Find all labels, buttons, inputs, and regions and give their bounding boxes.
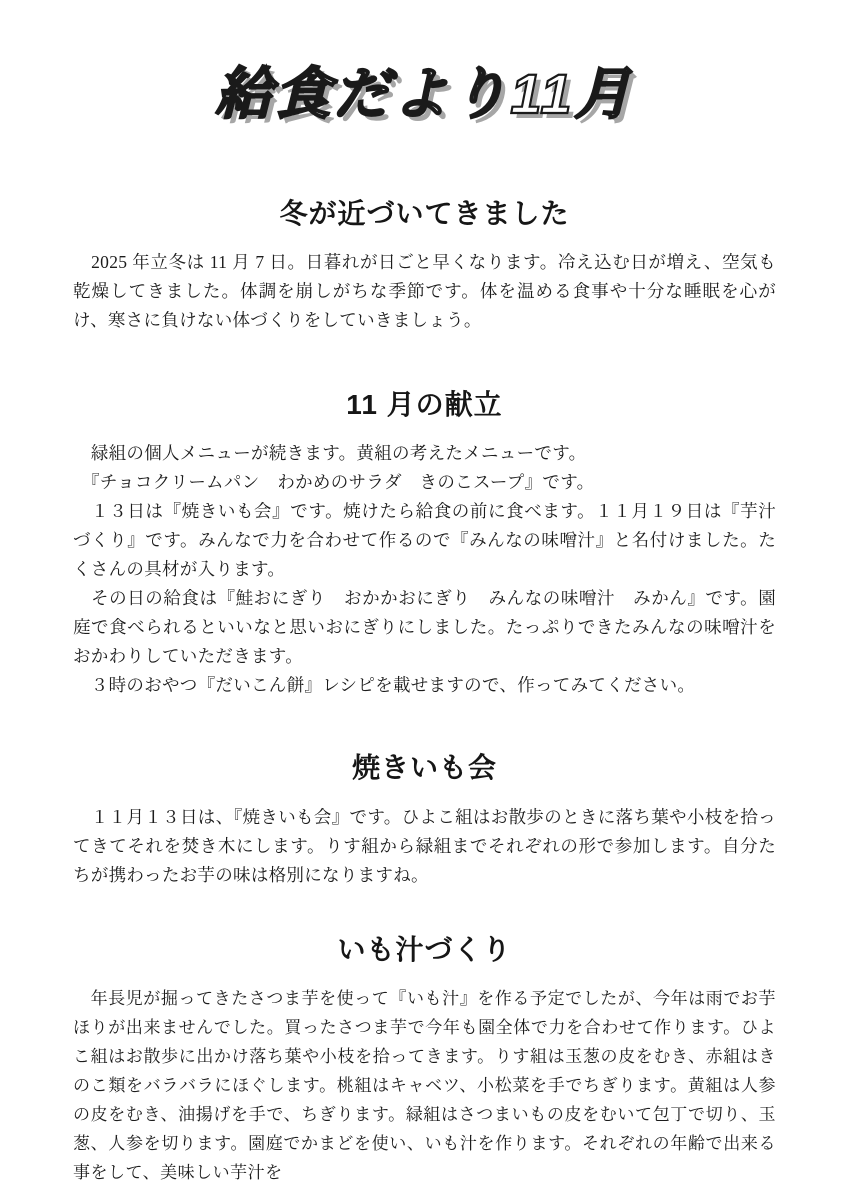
section-body-menu: 緑組の個人メニューが続きます。黄組の考えたメニューです。 『チョコクリームパン … bbox=[73, 439, 776, 700]
section-body-imojiru: 年長児が掘ってきたさつま芋を使って『いも汁』を作る予定でしたが、今年は雨でお芋ほ… bbox=[73, 984, 776, 1187]
body-paragraph: ３時のおやつ『だいこん餅』レシピを載せますので、作ってみてください。 bbox=[73, 671, 776, 700]
section-body-winter: 2025 年立冬は 11 月 7 日。日暮れが日ごと早くなります。冷え込む日が増… bbox=[73, 248, 776, 335]
section-heading-yakiimo: 焼きいも会 bbox=[73, 750, 776, 786]
section-imojiru-zukuri: いも汁づくり 年長児が掘ってきたさつま芋を使って『いも汁』を作る予定でしたが、今… bbox=[73, 932, 776, 1187]
body-paragraph: １１月１３日は、『焼きいも会』です。ひよこ組はお散歩のときに落ち葉や小枝を拾って… bbox=[73, 803, 776, 890]
newsletter-title: 給食だより11月 bbox=[73, 56, 776, 132]
newsletter-page: 給食だより11月 冬が近づいてきました 2025 年立冬は 11 月 7 日。日… bbox=[0, 0, 849, 1200]
body-paragraph: １３日は『焼きいも会』です。焼けたら給食の前に食べます。１１月１９日は『芋汁づく… bbox=[73, 497, 776, 584]
body-paragraph: その日の給食は『鮭おにぎり おかかおにぎり みんなの味噌汁 みかん』です。園庭で… bbox=[73, 584, 776, 671]
body-paragraph: 緑組の個人メニューが続きます。黄組の考えたメニューです。 bbox=[73, 439, 776, 468]
section-november-menu: 11 月の献立 緑組の個人メニューが続きます。黄組の考えたメニューです。 『チョ… bbox=[73, 387, 776, 700]
section-winter-greeting: 冬が近づいてきました 2025 年立冬は 11 月 7 日。日暮れが日ごと早くな… bbox=[73, 196, 776, 335]
section-heading-menu: 11 月の献立 bbox=[73, 387, 776, 423]
body-paragraph: 年長児が掘ってきたさつま芋を使って『いも汁』を作る予定でしたが、今年は雨でお芋ほ… bbox=[73, 984, 776, 1187]
section-yakiimo-kai: 焼きいも会 １１月１３日は、『焼きいも会』です。ひよこ組はお散歩のときに落ち葉や… bbox=[73, 750, 776, 889]
section-heading-winter: 冬が近づいてきました bbox=[73, 196, 776, 232]
section-heading-imojiru: いも汁づくり bbox=[73, 932, 776, 968]
section-body-yakiimo: １１月１３日は、『焼きいも会』です。ひよこ組はお散歩のときに落ち葉や小枝を拾って… bbox=[73, 803, 776, 890]
body-paragraph: 『チョコクリームパン わかめのサラダ きのこスープ』です。 bbox=[73, 468, 776, 497]
body-paragraph: 2025 年立冬は 11 月 7 日。日暮れが日ごと早くなります。冷え込む日が増… bbox=[73, 248, 776, 335]
